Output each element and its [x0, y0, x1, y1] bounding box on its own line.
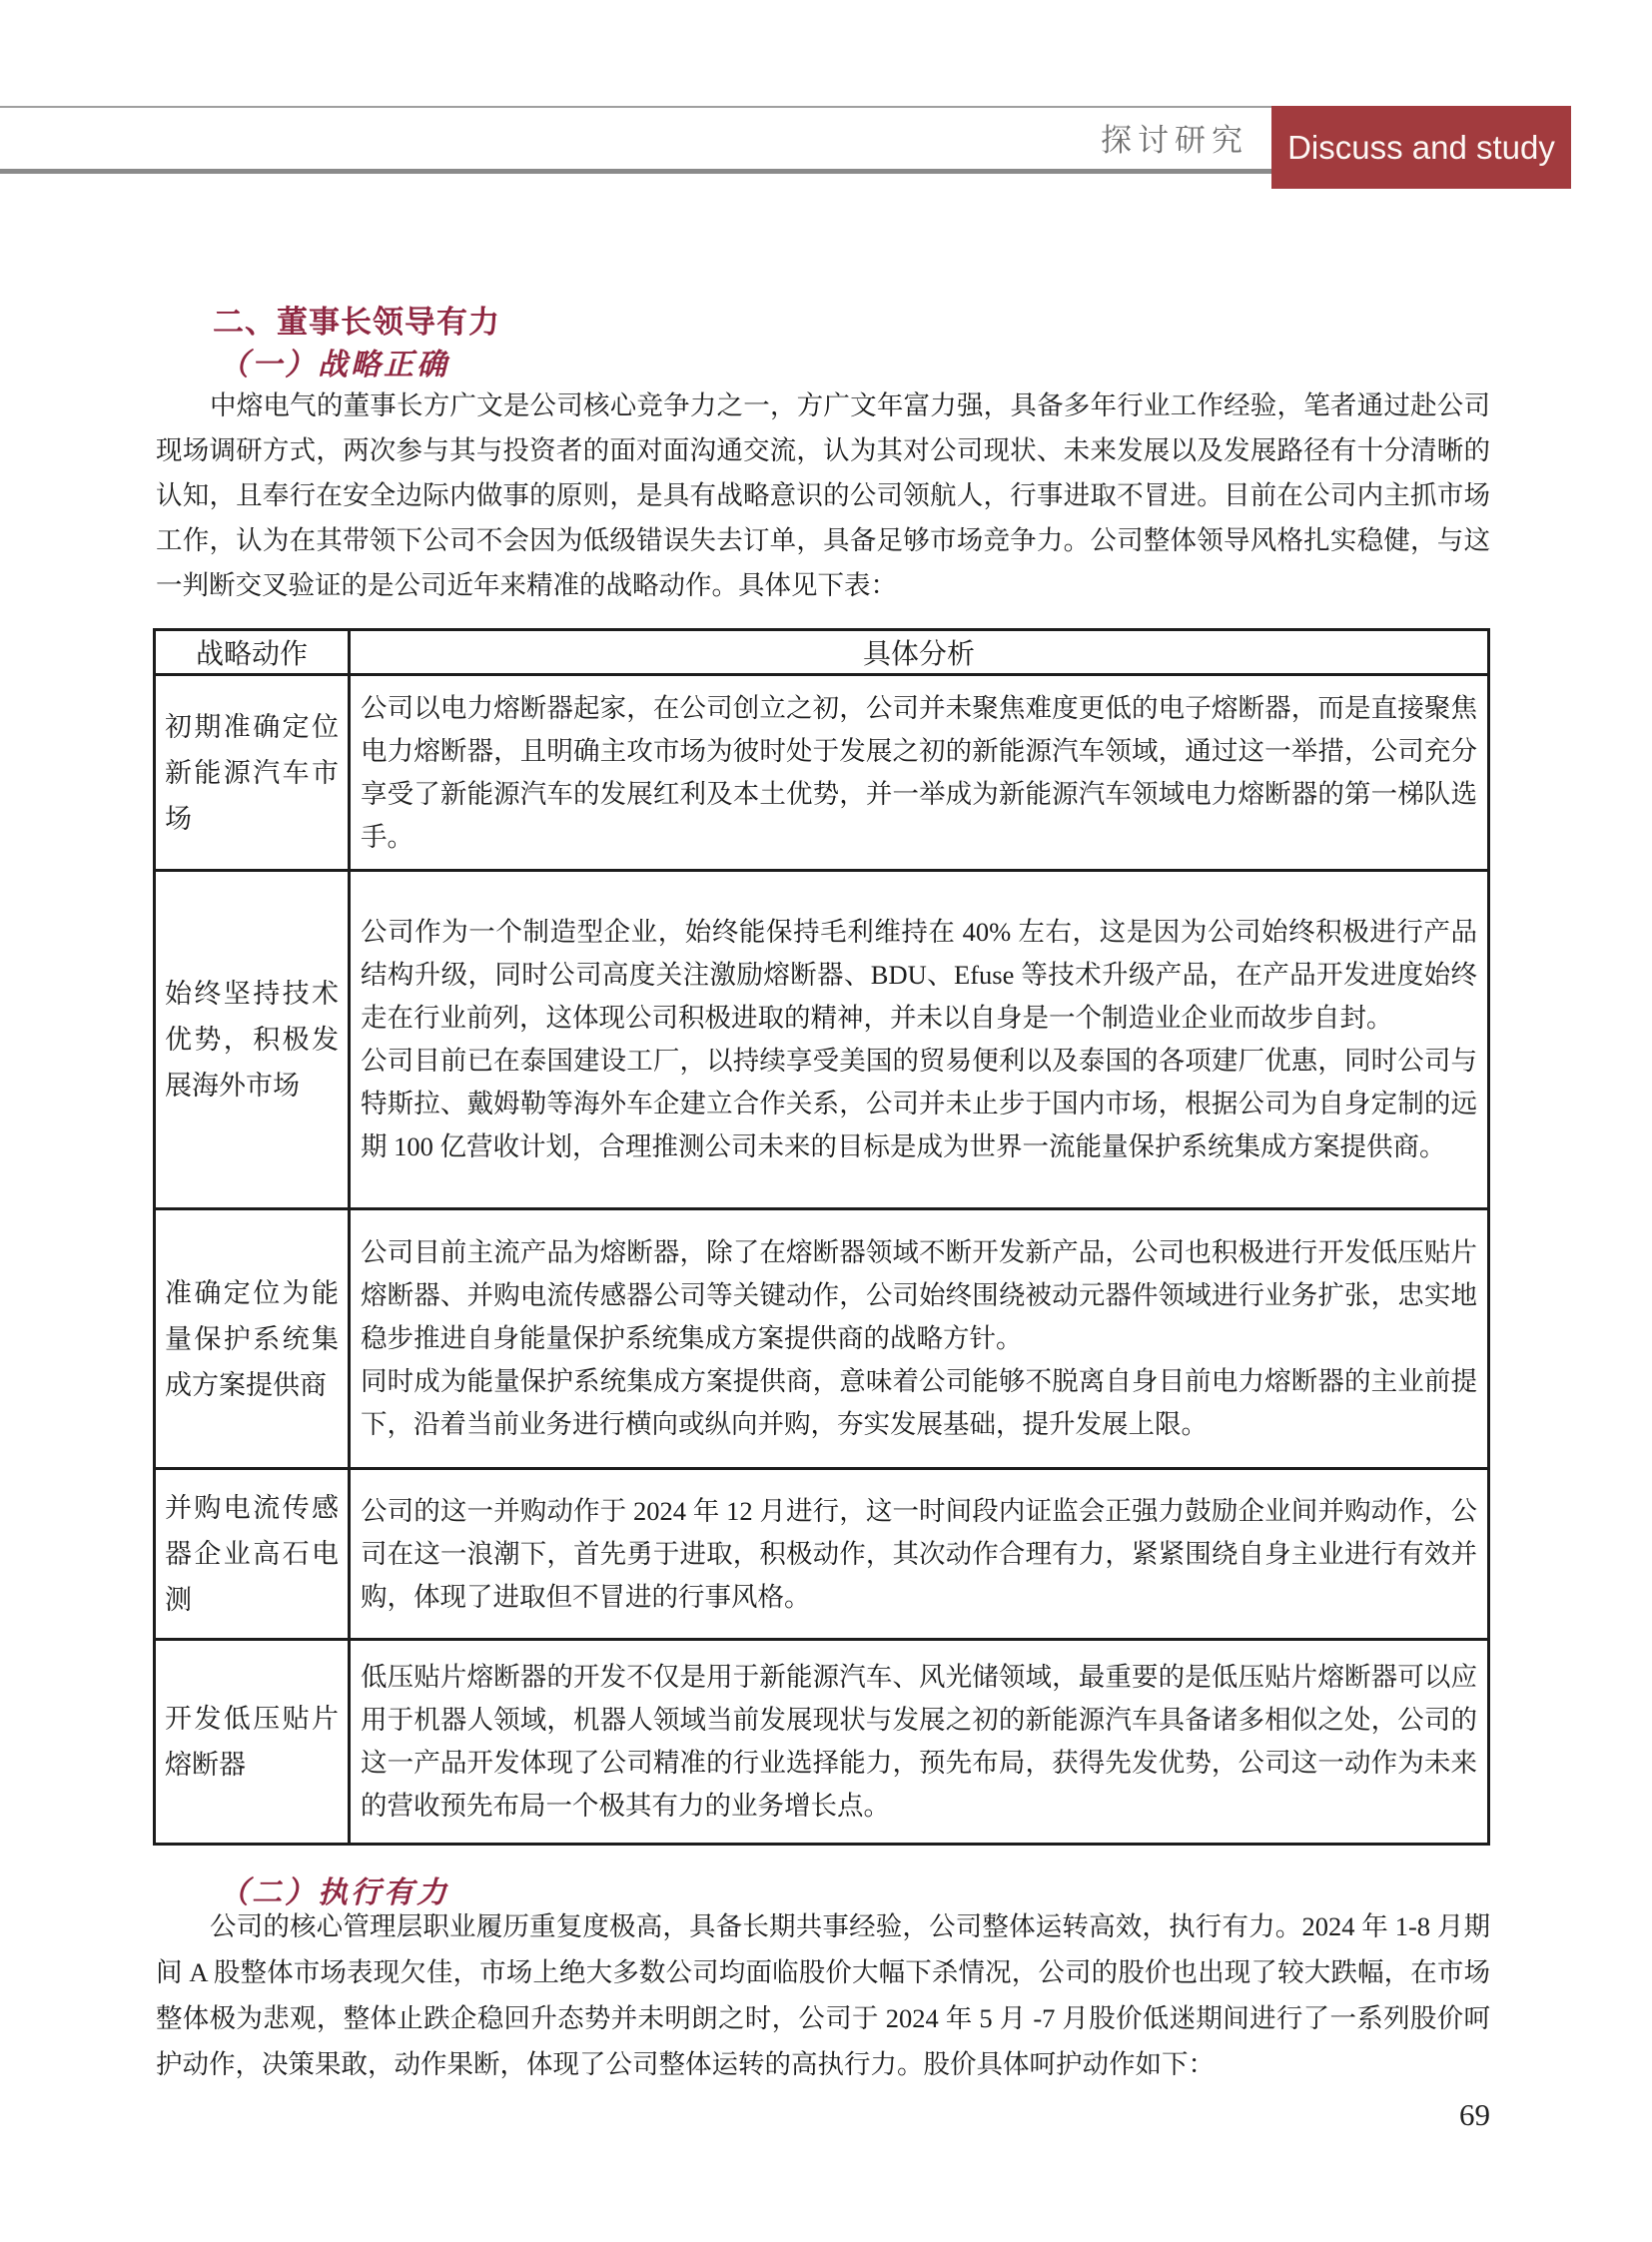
- cell-action: 初期准确定位新能源汽车市场: [155, 675, 350, 871]
- strategy-table: 战略动作 具体分析 初期准确定位新能源汽车市场 公司以电力熔断器起家，在公司创立…: [153, 628, 1490, 1846]
- analysis-paragraph: 公司作为一个制造型企业，始终能保持毛利维持在 40% 左右，这是因为公司始终积极…: [361, 911, 1477, 1040]
- cell-action: 开发低压贴片熔断器: [155, 1640, 350, 1845]
- intro-paragraph: 中熔电气的董事长方广文是公司核心竞争力之一，方广文年富力强，具备多年行业工作经验…: [156, 383, 1490, 608]
- header-top-rule: [0, 106, 1271, 108]
- cell-action: 始终坚持技术优势，积极发展海外市场: [155, 871, 350, 1209]
- table-row: 开发低压贴片熔断器 低压贴片熔断器的开发不仅是用于新能源汽车、风光储领域，最重要…: [155, 1640, 1489, 1845]
- cell-analysis: 公司的这一并购动作于 2024 年 12 月进行，这一时间段内证监会正强力鼓励企…: [350, 1469, 1489, 1640]
- header-category-zh: 探讨研究: [1101, 112, 1248, 170]
- execution-paragraph: 公司的核心管理层职业履历重复度极高，具备长期共事经验，公司整体运转高效，执行有力…: [156, 1903, 1490, 2087]
- column-header-action: 战略动作: [155, 630, 350, 675]
- analysis-paragraph: 低压贴片熔断器的开发不仅是用于新能源汽车、风光储领域，最重要的是低压贴片熔断器可…: [361, 1656, 1477, 1828]
- analysis-paragraph: 公司以电力熔断器起家，在公司创立之初，公司并未聚焦难度更低的电子熔断器，而是直接…: [361, 687, 1477, 859]
- analysis-paragraph: 公司目前已在泰国建设工厂，以持续享受美国的贸易便利以及泰国的各项建厂优惠，同时公…: [361, 1040, 1477, 1168]
- table-row: 准确定位为能量保护系统集成方案提供商 公司目前主流产品为熔断器，除了在熔断器领域…: [155, 1209, 1489, 1469]
- column-header-analysis: 具体分析: [350, 630, 1489, 675]
- subsection-title-1: （一）战略正确: [219, 340, 449, 383]
- table-row: 始终坚持技术优势，积极发展海外市场 公司作为一个制造型企业，始终能保持毛利维持在…: [155, 871, 1489, 1209]
- table-row: 初期准确定位新能源汽车市场 公司以电力熔断器起家，在公司创立之初，公司并未聚焦难…: [155, 675, 1489, 871]
- cell-analysis: 公司以电力熔断器起家，在公司创立之初，公司并未聚焦难度更低的电子熔断器，而是直接…: [350, 675, 1489, 871]
- header-bottom-rule: [0, 169, 1271, 174]
- cell-analysis: 公司目前主流产品为熔断器，除了在熔断器领域不断开发新产品，公司也积极进行开发低压…: [350, 1209, 1489, 1469]
- analysis-paragraph: 公司目前主流产品为熔断器，除了在熔断器领域不断开发新产品，公司也积极进行开发低压…: [361, 1231, 1477, 1360]
- cell-analysis: 低压贴片熔断器的开发不仅是用于新能源汽车、风光储领域，最重要的是低压贴片熔断器可…: [350, 1640, 1489, 1845]
- journal-page: 探讨研究 Discuss and study 二、董事长领导有力 （一）战略正确…: [0, 0, 1652, 2242]
- cell-action: 并购电流传感器企业高石电测: [155, 1469, 350, 1640]
- section-title: 二、董事长领导有力: [213, 297, 500, 342]
- cell-analysis: 公司作为一个制造型企业，始终能保持毛利维持在 40% 左右，这是因为公司始终积极…: [350, 871, 1489, 1209]
- analysis-paragraph: 同时成为能量保护系统集成方案提供商，意味着公司能够不脱离自身目前电力熔断器的主业…: [361, 1360, 1477, 1446]
- table-row: 并购电流传感器企业高石电测 公司的这一并购动作于 2024 年 12 月进行，这…: [155, 1469, 1489, 1640]
- cell-action: 准确定位为能量保护系统集成方案提供商: [155, 1209, 350, 1469]
- table-header-row: 战略动作 具体分析: [155, 630, 1489, 675]
- page-number: 69: [156, 2097, 1490, 2133]
- analysis-paragraph: 公司的这一并购动作于 2024 年 12 月进行，这一时间段内证监会正强力鼓励企…: [361, 1490, 1477, 1619]
- header-category-en: Discuss and study: [1287, 129, 1555, 167]
- header-category-box: Discuss and study: [1271, 106, 1571, 189]
